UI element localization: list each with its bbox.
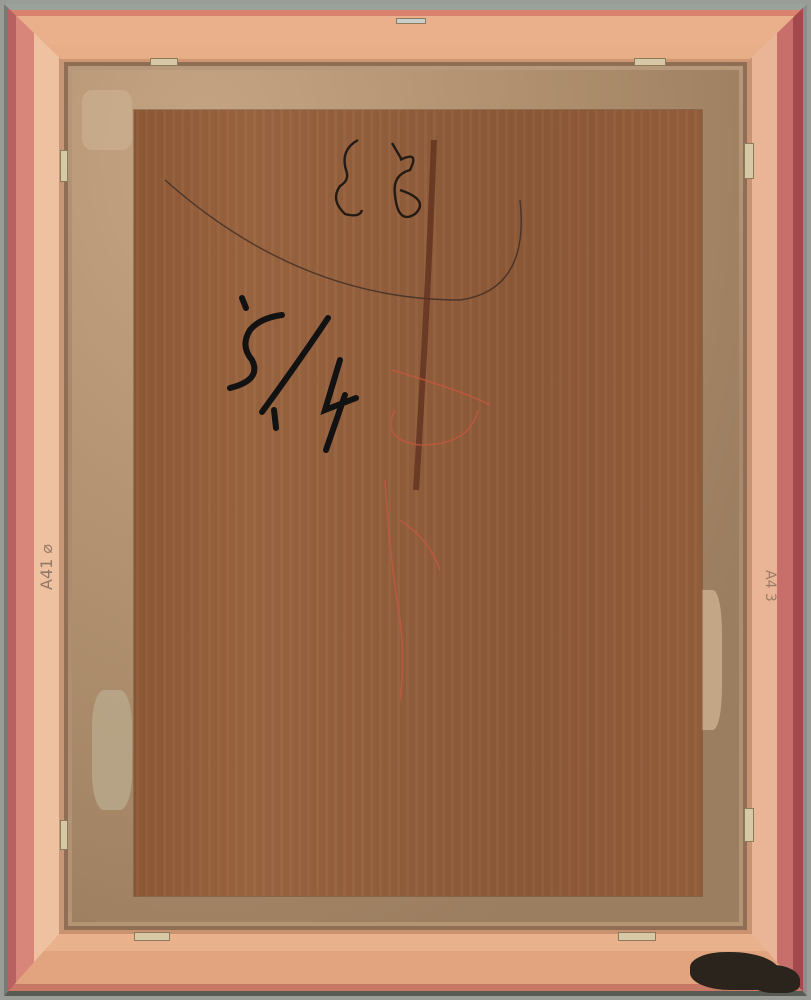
red-crayon-marks [385,370,490,700]
pencil-arc [165,180,521,300]
artwork-back-photo: A41 ⌀ A4 3 Back of a framed painting sho… [0,0,811,1000]
ink-fraction-4-5 [230,298,356,450]
left-rail-inscription: A41 ⌀ [37,544,56,590]
inscriptions-layer: A41 ⌀ A4 3 [0,0,811,1000]
brown-stain-line [416,140,434,490]
pencil-number-23 [336,140,420,217]
right-rail-inscription: A4 3 [762,570,778,602]
